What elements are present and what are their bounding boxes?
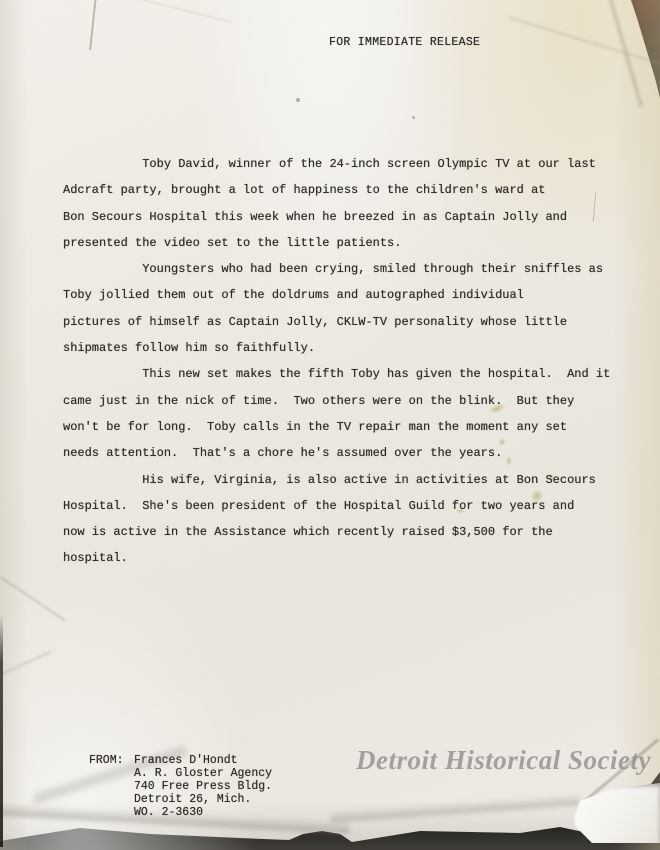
from-line: WO. 2-3630 [134, 806, 272, 819]
from-line: A. R. Gloster Agency [134, 767, 272, 780]
body-line: Toby David, winner of the 24-inch screen… [63, 151, 623, 177]
body-line: This new set makes the fifth Toby has gi… [63, 361, 623, 387]
body-line: came just in the nick of time. Two other… [63, 388, 623, 414]
body-line: shipmates follow him so faithfully. [63, 335, 623, 361]
body-line: Youngsters who had been crying, smiled t… [63, 256, 623, 282]
body-line: needs attention. That's a chore he's ass… [63, 440, 623, 466]
body-line: now is active in the Assistance which re… [63, 519, 623, 545]
body-line: Hospital. She's been president of the Ho… [63, 493, 623, 519]
release-header: FOR IMMEDIATE RELEASE [329, 36, 480, 49]
body-line: hospital. [63, 545, 623, 571]
watermark-text: Detroit Historical Society [356, 745, 651, 776]
from-line: 740 Free Press Bldg. [134, 780, 272, 793]
body-line: presented the video set to the little pa… [63, 230, 623, 256]
body-line: Adcraft party, brought a lot of happines… [63, 177, 623, 203]
press-release-body: Toby David, winner of the 24-inch screen… [63, 151, 623, 572]
from-line: Detroit 26, Mich. [134, 793, 272, 806]
body-line: pictures of himself as Captain Jolly, CK… [63, 309, 623, 335]
from-label: FROM: [89, 754, 134, 819]
from-block: FROM: Frances D'HondtA. R. Gloster Agenc… [89, 754, 272, 819]
from-lines: Frances D'HondtA. R. Gloster Agency740 F… [134, 754, 272, 819]
body-line: His wife, Virginia, is also active in ac… [63, 467, 623, 493]
body-line: won't be for long. Toby calls in the TV … [63, 414, 623, 440]
body-line: Toby jollied them out of the doldrums an… [63, 282, 623, 308]
from-line: Frances D'Hondt [134, 754, 272, 767]
scanned-press-release: FOR IMMEDIATE RELEASE Toby David, winner… [0, 0, 660, 850]
body-line: Bon Secours Hospital this week when he b… [63, 204, 623, 230]
